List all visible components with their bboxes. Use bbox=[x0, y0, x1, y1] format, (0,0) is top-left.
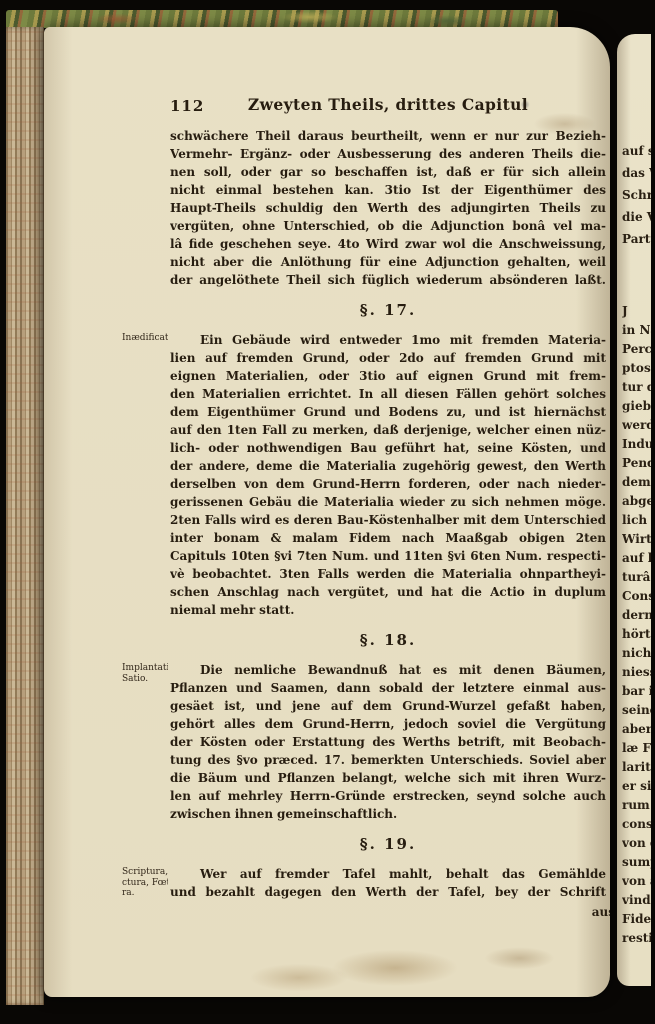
body-line: schwächere Theil daraus beurtheilt, wenn… bbox=[170, 127, 606, 145]
next-page-fragment: seinem bbox=[622, 701, 651, 720]
next-page-fragment: Consu bbox=[622, 587, 651, 606]
body-line: den Materialien errichtet. In all diesen… bbox=[170, 385, 606, 403]
margin-note-line: Satio. bbox=[122, 674, 168, 685]
next-page-fragment: bar in bbox=[622, 682, 651, 701]
next-page-fragment: auf si bbox=[622, 140, 651, 162]
margin-note-line: ra. bbox=[122, 888, 168, 899]
margin-note-line: ctura, Fœtu- bbox=[122, 878, 168, 889]
left-page: 112 Zweyten Theils, drittes Capitul schw… bbox=[44, 27, 610, 997]
margin-note-line: Inædificatio. bbox=[122, 333, 168, 344]
body-line: nen soll, oder gar so beschaffen ist, da… bbox=[170, 163, 606, 181]
body-line: der andere, deme die Materialia zugehöri… bbox=[170, 457, 606, 475]
next-page-fragment: er sie d bbox=[622, 777, 651, 796]
next-page-fragment: nicht e bbox=[622, 644, 651, 663]
body-line: Wer auf fremder Tafel mahlt, behalt das … bbox=[170, 865, 606, 883]
margin-note-implantatio: Implantatio,Satio. bbox=[122, 663, 168, 684]
body-line: Pflanzen und Saamen, dann sobald der let… bbox=[170, 679, 606, 697]
next-page-fragment: J bbox=[622, 302, 651, 321]
next-page-fragment: ptos g bbox=[622, 359, 651, 378]
body-line: 2ten Falls wird es deren Bau-Köstenhalbe… bbox=[170, 511, 606, 529]
body-line: gerissenen Gebäu die Materialia wieder z… bbox=[170, 493, 606, 511]
body-line: dem Eigenthümer Grund und Bodens zu, und… bbox=[170, 403, 606, 421]
next-page-fragment: die V bbox=[622, 206, 651, 228]
next-page-fragment: rum m bbox=[622, 796, 651, 815]
body-line: zwischen ihnen gemeinschaftlich. bbox=[170, 805, 606, 823]
section-heading-17: §. 17. bbox=[170, 301, 606, 320]
next-page-fragment: in Na bbox=[622, 321, 651, 340]
body-line: der Kösten oder Erstattung des Werths be… bbox=[170, 733, 606, 751]
next-page-fragment: dern v bbox=[622, 606, 651, 625]
next-page-fragment: vindici bbox=[622, 891, 651, 910]
body-line: lien auf fremden Grund, oder 2do auf fre… bbox=[170, 349, 606, 367]
section-heading-18: §. 18. bbox=[170, 631, 606, 650]
running-header: Zweyten Theils, drittes Capitul bbox=[170, 95, 606, 114]
body-line: Haupt-Theils schuldig den Werth des adju… bbox=[170, 199, 606, 217]
next-page-fragment: auf blo bbox=[622, 549, 651, 568]
next-page-fragment: restitu bbox=[622, 929, 651, 948]
body-line: lâ fide geschehen seye. 4to Wird zwar wo… bbox=[170, 235, 606, 253]
body-line: auf den 1ten Fall zu merken, daß derjeni… bbox=[170, 421, 606, 439]
body-line: Capituls 10ten §vi 7ten Num. und 11ten §… bbox=[170, 547, 606, 565]
body-line: vè beobachtet. 3ten Falls werden die Mat… bbox=[170, 565, 606, 583]
next-page-fragment: niesser, bbox=[622, 663, 651, 682]
body-line: derselben von dem Grund-Herrn forderen, … bbox=[170, 475, 606, 493]
margin-note-scriptura: Scriptura,Pi-ctura, Fœtu-ra. bbox=[122, 867, 168, 899]
body-line: eignen Materialien, oder 3tio auf eignen… bbox=[170, 367, 606, 385]
next-page-fragment: Schre bbox=[622, 184, 651, 206]
body-line: nicht einmal bestehen kan. 3tio Ist der … bbox=[170, 181, 606, 199]
body-line: inter bonam & malam Fidem nach Maaßgab o… bbox=[170, 529, 606, 547]
next-page-fragment: Pende bbox=[622, 454, 651, 473]
next-page-fragment: Wirth bbox=[622, 530, 651, 549]
next-page-fragment: hört, i bbox=[622, 625, 651, 644]
next-page-fragment: das W bbox=[622, 162, 651, 184]
body-line: gesäet ist, und jene auf dem Grund-Wurze… bbox=[170, 697, 606, 715]
paragraph-inaedificatio: Inædificatio. Ein Gebäude wird entweder … bbox=[170, 331, 606, 619]
body-line: die Bäum und Pflanzen belangt, welche si… bbox=[170, 769, 606, 787]
body-line: lich- oder nothwendigen Bau geführt hat,… bbox=[170, 439, 606, 457]
body-line: Ein Gebäude wird entweder 1mo mit fremde… bbox=[170, 331, 606, 349]
paragraph-continuation: schwächere Theil daraus beurtheilt, wenn… bbox=[170, 127, 606, 289]
next-page-fragment: werden bbox=[622, 416, 651, 435]
next-page-fragment: Partus bbox=[622, 228, 651, 250]
body-line: Vermehr- Ergänz- oder Ausbesserung des a… bbox=[170, 145, 606, 163]
facing-page-body-fragments: Jin NaPercepptos gtur degiebt.werdenIndu… bbox=[622, 302, 651, 948]
body-line: nicht aber die Anlöthung für eine Adjunc… bbox=[170, 253, 606, 271]
next-page-fragment: consur bbox=[622, 815, 651, 834]
next-page-fragment: aber 3t bbox=[622, 720, 651, 739]
body-line: der angelöthete Theil sich füglich wiede… bbox=[170, 271, 606, 289]
next-page-fragment: tur de bbox=[622, 378, 651, 397]
facing-page-sliver: auf sidas WSchredie VPartus Jin NaPercep… bbox=[617, 34, 651, 986]
book-scan: 112 Zweyten Theils, drittes Capitul schw… bbox=[0, 0, 655, 1024]
next-page-fragment: dem F bbox=[622, 473, 651, 492]
body-line: len auf mehrley Herrn-Gründe erstrecken,… bbox=[170, 787, 606, 805]
body-line: schen Anschlag nach vergütet, und hat di… bbox=[170, 583, 606, 601]
body-line: niemal mehr statt. bbox=[170, 601, 606, 619]
next-page-fragment: lariter bbox=[622, 758, 651, 777]
section-heading-19: §. 19. bbox=[170, 835, 606, 854]
next-page-fragment: Fidei I bbox=[622, 910, 651, 929]
body-line: vergüten, ohne Unterschied, ob die Adjun… bbox=[170, 217, 606, 235]
body-line: gehört alles dem Grund-Herrn, jedoch sov… bbox=[170, 715, 606, 733]
text-block: schwächere Theil daraus beurtheilt, wenn… bbox=[170, 127, 606, 920]
catchword-row: aus bbox=[170, 902, 606, 920]
next-page-fragment: lich ei bbox=[622, 511, 651, 530]
margin-note-inaedificatio: Inædificatio. bbox=[122, 333, 168, 344]
next-page-fragment: sumpt bbox=[622, 853, 651, 872]
body-line: Die nemliche Bewandnuß hat es mit denen … bbox=[170, 661, 606, 679]
paragraph-implantatio: Implantatio,Satio. Die nemliche Bewandnu… bbox=[170, 661, 606, 823]
body-line: tung des §vo præced. 17. bemerkten Unter… bbox=[170, 751, 606, 769]
paragraph-scriptura: Scriptura,Pi-ctura, Fœtu-ra. Wer auf fre… bbox=[170, 865, 606, 901]
next-page-fragment: abgelös bbox=[622, 492, 651, 511]
body-line: und bezahlt dagegen den Werth der Tafel,… bbox=[170, 883, 606, 901]
marbled-cover-strip bbox=[6, 10, 558, 28]
margin-note-line: Scriptura,Pi- bbox=[122, 867, 168, 878]
facing-page-top-fragments: auf sidas WSchredie VPartus bbox=[622, 140, 651, 250]
page-edges-texture bbox=[6, 27, 44, 1005]
next-page-fragment: læ Fid bbox=[622, 739, 651, 758]
next-page-fragment: von an bbox=[622, 872, 651, 891]
next-page-fragment: giebt. bbox=[622, 397, 651, 416]
next-page-fragment: von de bbox=[622, 834, 651, 853]
margin-note-line: Implantatio, bbox=[122, 663, 168, 674]
next-page-fragment: Indust bbox=[622, 435, 651, 454]
next-page-fragment: Percep bbox=[622, 340, 651, 359]
catchword: aus bbox=[592, 903, 610, 921]
next-page-fragment: turâ & bbox=[622, 568, 651, 587]
